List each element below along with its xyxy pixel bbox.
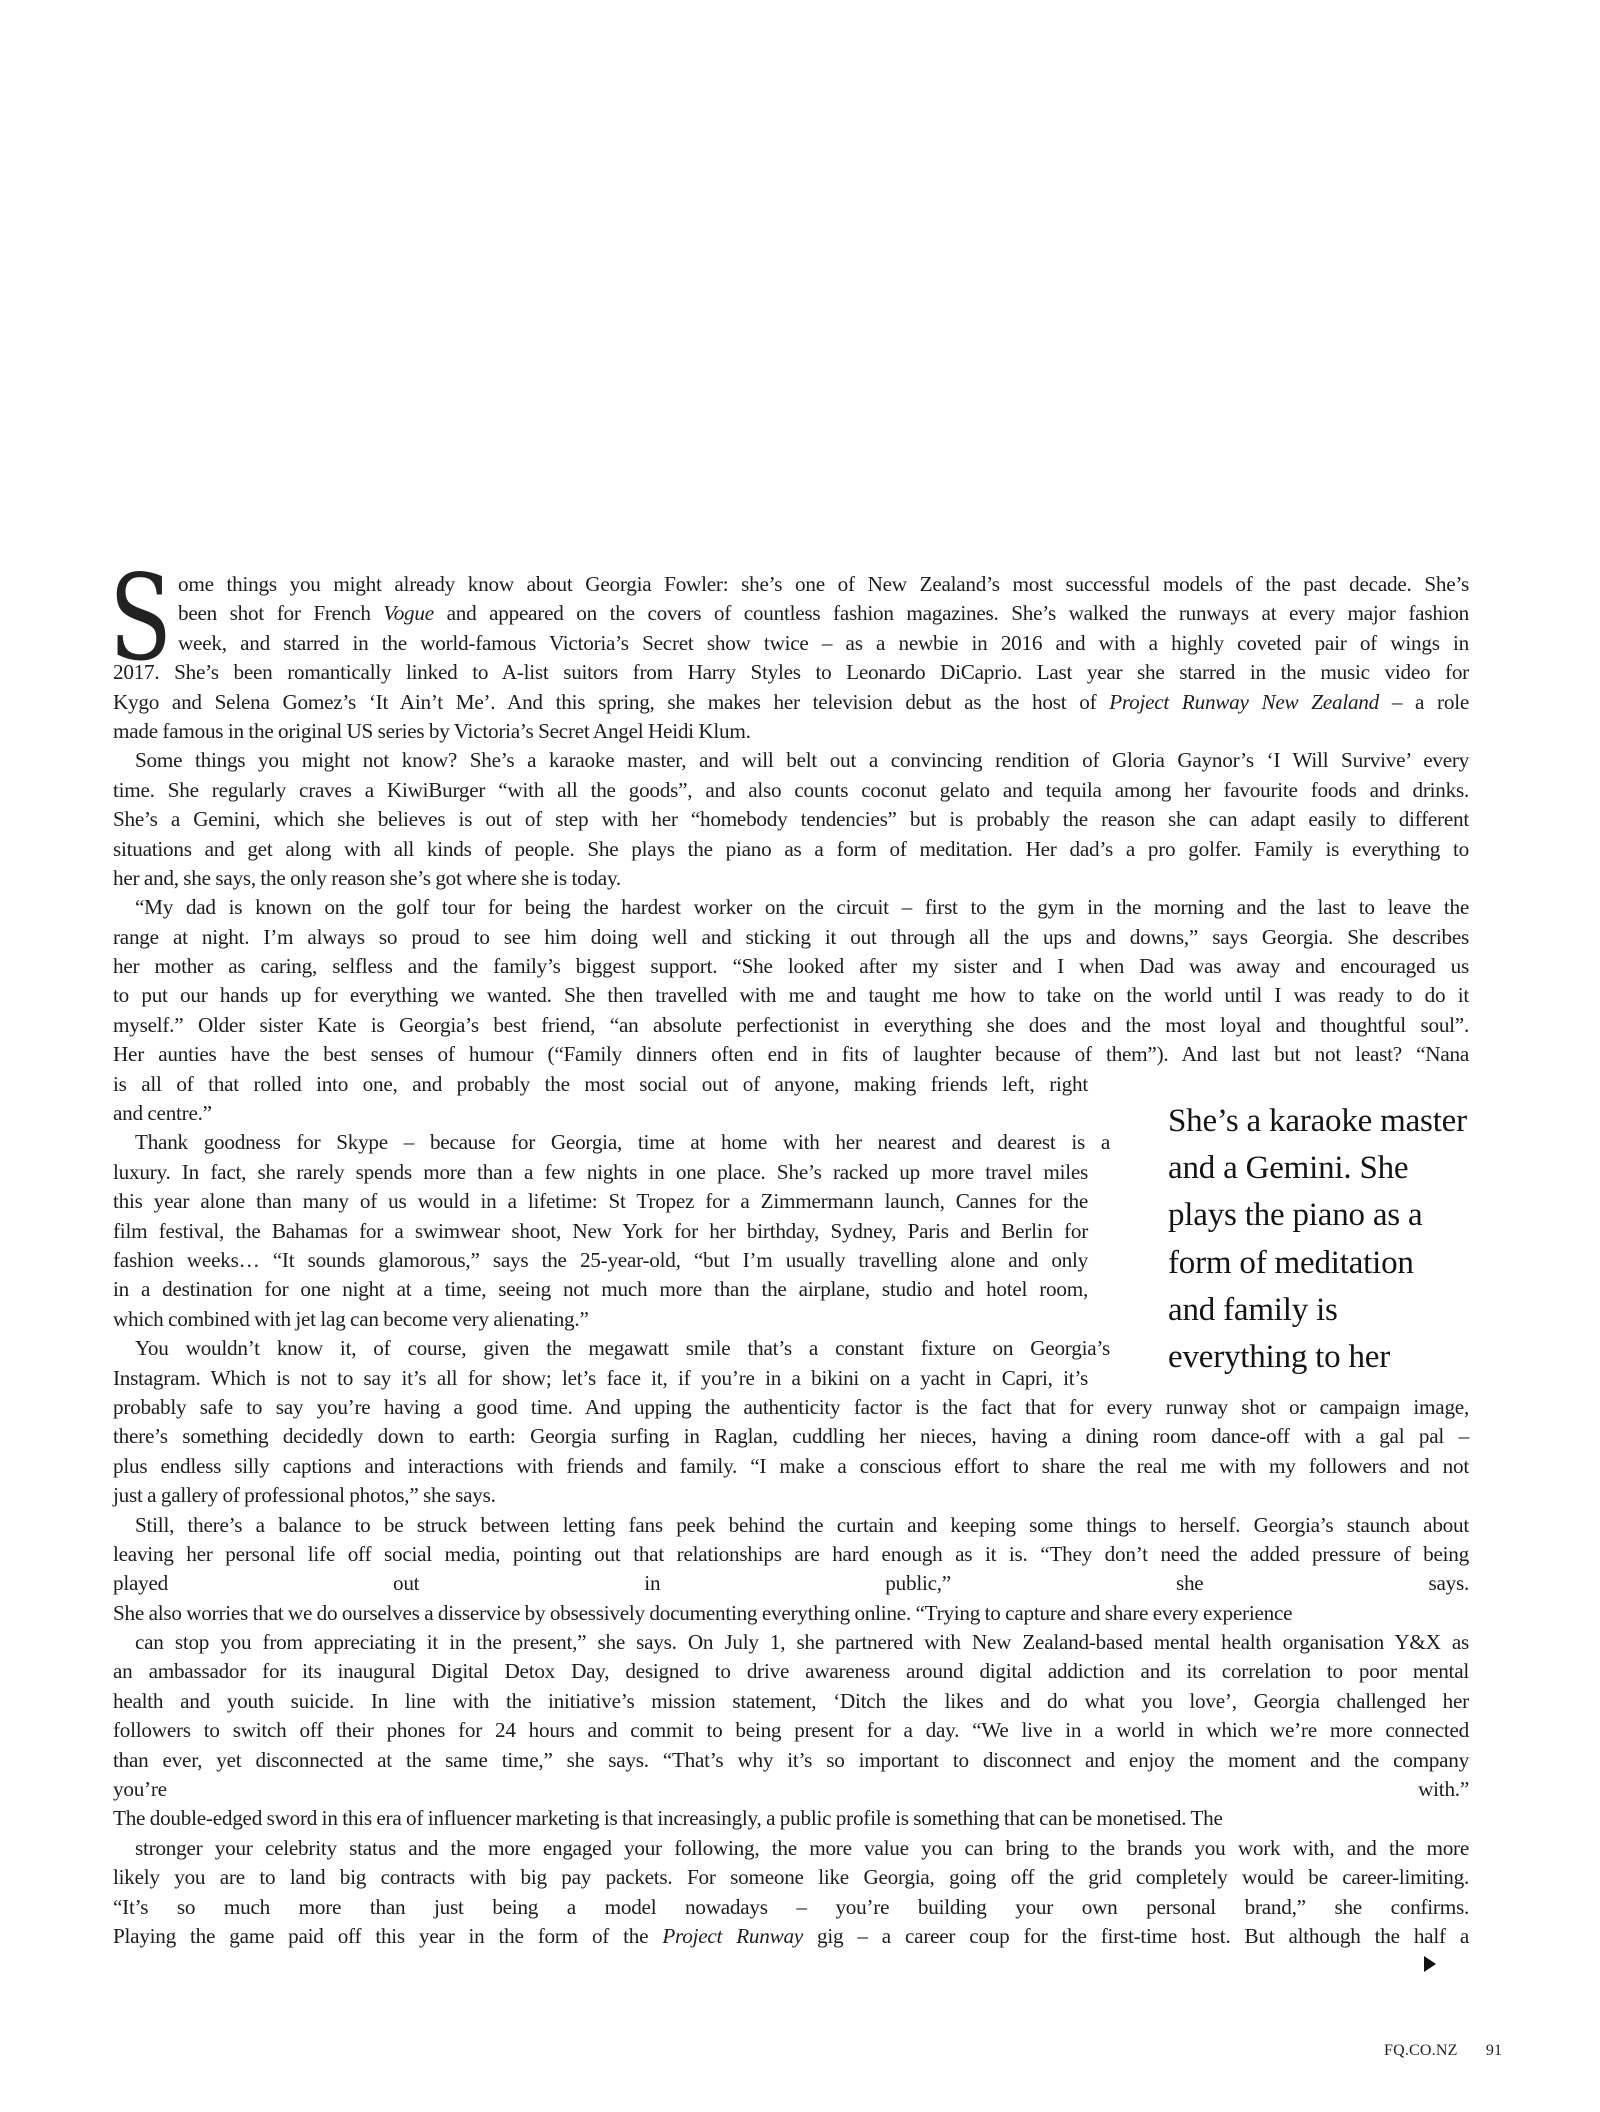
- article-line: plus endless silly captions and interact…: [113, 1452, 1469, 1481]
- article-line: is all of that rolled into one, and prob…: [113, 1070, 1088, 1099]
- article-line: can stop you from appreciating it in the…: [113, 1628, 1469, 1657]
- article-line: this year alone than many of us would in…: [113, 1187, 1088, 1216]
- article-line: Playing the game paid off this year in t…: [113, 1922, 1469, 1951]
- article-line: film festival, the Bahamas for a swimwea…: [113, 1217, 1088, 1246]
- magazine-page: S ome things you might already know abou…: [0, 0, 1600, 2112]
- article-line: health and youth suicide. In line with t…: [113, 1687, 1469, 1716]
- article-line: “It’s so much more than just being a mod…: [113, 1893, 1469, 1922]
- article-line: Kygo and Selena Gomez’s ‘It Ain’t Me’. A…: [113, 688, 1469, 717]
- article-line: Some things you might not know? She’s a …: [113, 746, 1469, 775]
- article-line: Thank goodness for Skype – because for G…: [113, 1128, 1110, 1157]
- article-line: myself.” Older sister Kate is Georgia’s …: [113, 1011, 1469, 1040]
- article-line: She also worries that we do ourselves a …: [113, 1599, 1469, 1628]
- pull-quote-line: and family is: [1168, 1287, 1488, 1334]
- pull-quote: She’s a karaoke masterand a Gemini. Shep…: [1168, 1098, 1488, 1381]
- article-line: Still, there’s a balance to be struck be…: [113, 1511, 1469, 1540]
- article-line: probably safe to say you’re having a goo…: [113, 1393, 1469, 1422]
- pull-quote-line: plays the piano as a: [1168, 1192, 1488, 1239]
- article-line: 2017. She’s been romantically linked to …: [113, 658, 1469, 687]
- article-line: leaving her personal life off social med…: [113, 1540, 1469, 1569]
- article-line: luxury. In fact, she rarely spends more …: [113, 1158, 1088, 1187]
- pull-quote-line: and a Gemini. She: [1168, 1145, 1488, 1192]
- article-line: likely you are to land big contracts wit…: [113, 1863, 1469, 1892]
- article-line: her and, she says, the only reason she’s…: [113, 864, 1469, 893]
- article-line: been shot for French Vogue and appeared …: [113, 599, 1469, 628]
- article-line: time. She regularly craves a KiwiBurger …: [113, 776, 1469, 805]
- article-line: range at night. I’m always so proud to s…: [113, 923, 1469, 952]
- article-line: played out in public,” she says.: [113, 1569, 1469, 1598]
- article-line: She’s a Gemini, which she believes is ou…: [113, 805, 1469, 834]
- pull-quote-line: form of meditation: [1168, 1240, 1488, 1287]
- article-line: made famous in the original US series by…: [113, 717, 1469, 746]
- article-line: her mother as caring, selfless and the f…: [113, 952, 1469, 981]
- article-line: You wouldn’t know it, of course, given t…: [113, 1334, 1110, 1363]
- article-line: Her aunties have the best senses of humo…: [113, 1040, 1469, 1069]
- article-line: stronger your celebrity status and the m…: [113, 1834, 1469, 1863]
- article-line: week, and starred in the world-famous Vi…: [113, 629, 1469, 658]
- pull-quote-line: everything to her: [1168, 1334, 1488, 1381]
- footer-site: FQ.CO.NZ: [1384, 2042, 1458, 2059]
- pull-quote-line: She’s a karaoke master: [1168, 1098, 1488, 1145]
- article-line: fashion weeks… “It sounds glamorous,” sa…: [113, 1246, 1088, 1275]
- article-line: The double-edged sword in this era of in…: [113, 1804, 1469, 1833]
- article-line: Instagram. Which is not to say it’s all …: [113, 1364, 1088, 1393]
- article-line: to put our hands up for everything we wa…: [113, 981, 1469, 1010]
- article-line: than ever, yet disconnected at the same …: [113, 1746, 1469, 1775]
- article-line: an ambassador for its inaugural Digital …: [113, 1657, 1469, 1686]
- article-line: situations and get along with all kinds …: [113, 835, 1469, 864]
- drop-cap: S: [109, 574, 172, 662]
- article-line: ome things you might already know about …: [113, 570, 1469, 599]
- continue-arrow-icon: [1424, 1956, 1436, 1972]
- article-line: “My dad is known on the golf tour for be…: [113, 893, 1469, 922]
- page-number: 91: [1486, 2042, 1502, 2059]
- article-line: there’s something decidedly down to eart…: [113, 1422, 1469, 1451]
- article-line: in a destination for one night at a time…: [113, 1275, 1088, 1304]
- article-line: followers to switch off their phones for…: [113, 1716, 1469, 1745]
- article-line: you’re with.”: [113, 1775, 1469, 1804]
- article-line: just a gallery of professional photos,” …: [113, 1481, 1469, 1510]
- page-footer: FQ.CO.NZ 91: [1384, 2042, 1502, 2060]
